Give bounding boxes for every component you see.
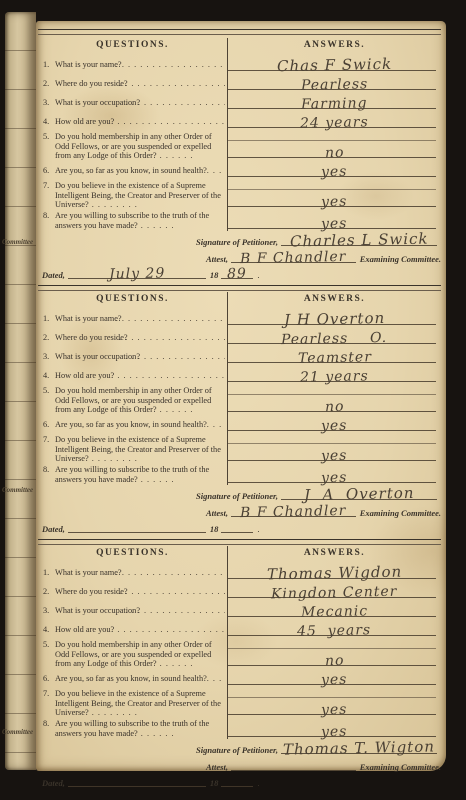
answer-cell: yes: [228, 433, 441, 463]
question-text: What is your name?: [55, 568, 116, 578]
dated-row: Dated, July 29 18 89 .: [38, 266, 441, 284]
handwritten-answer: yes: [321, 216, 348, 233]
question-number: 8.: [43, 719, 55, 739]
question-text: How old are you?: [55, 371, 111, 381]
question-number: 1.: [43, 314, 55, 324]
section-header: QUESTIONS. ANSWERS.: [38, 292, 441, 308]
dot-leader: . . . . . . . . . . . . . . . . . . . .: [116, 60, 225, 70]
handwritten-year: 89: [227, 266, 247, 282]
question-row-name: 1.What is your name? . . . . . . . . . .…: [38, 308, 441, 327]
answer-cell: yes: [228, 414, 441, 433]
answer-cell: no: [228, 638, 441, 668]
dot-leader: . . . . . . . . . . . . . . . . . . . .: [119, 587, 225, 597]
period-mark: .: [257, 778, 259, 790]
year-prefix: 18: [210, 270, 219, 282]
question-number: 8.: [43, 211, 55, 231]
question-text: Are you, so far as you know, in sound he…: [55, 674, 207, 684]
handwritten-answer: Farming: [301, 95, 368, 112]
question-number: 7.: [43, 181, 55, 209]
dot-leader: . . . . . .: [138, 729, 175, 738]
questions-heading: QUESTIONS.: [38, 546, 228, 562]
answer-cell: Kingdon Center: [228, 581, 441, 600]
answer-cell: 45 years: [228, 619, 441, 638]
answer-rule-line: [228, 394, 436, 395]
question-number: 2.: [43, 587, 55, 597]
handwritten-answer: Kingdon Center: [271, 584, 398, 603]
dot-leader: . . . . . . . . . . . . . . . . . . . .: [111, 117, 225, 127]
year-prefix: 18: [210, 778, 219, 790]
question-text: What is your occupation?: [55, 352, 126, 362]
answer-cell: no: [228, 130, 441, 160]
questions-heading: QUESTIONS.: [38, 292, 228, 308]
handwritten-answer: 24 years: [300, 114, 369, 131]
question-row-residence: 2.Where do you reside? . . . . . . . . .…: [38, 581, 441, 600]
petitioner-signature: Charles L Swick: [290, 230, 429, 251]
margin-note-committee: Committee: [2, 486, 36, 494]
question-row-supreme-being: 7.Do you believe in the existence of a S…: [38, 179, 441, 209]
answer-cell: yes: [228, 668, 441, 687]
question-row-membership: 5.Do you hold membership in any other Or…: [38, 384, 441, 414]
question-row-health: 6.Are you, so far as you know, in sound …: [38, 668, 441, 687]
dot-leader: . . . . . . . .: [89, 708, 138, 717]
dot-leader: . . . . . . . . . . . . . . . . . . . .: [111, 371, 225, 381]
handwritten-answer: Chas F Swick: [277, 55, 392, 75]
signature-line: J A Overton: [281, 482, 437, 500]
question-text: What is your occupation?: [55, 606, 126, 616]
dot-leader: . . . . . . . . . . . . . . . . . . . .: [119, 333, 225, 343]
dot-leader: . . .: [207, 420, 222, 430]
answer-rule-line: [228, 648, 436, 649]
handwritten-answer: Teamster: [297, 349, 371, 367]
answer-cell: 21 years: [228, 365, 441, 384]
question-row-occupation: 3.What is your occupation? . . . . . . .…: [38, 92, 441, 111]
dated-line: [68, 516, 206, 533]
handwritten-answer: 45 years: [297, 622, 371, 640]
question-number: 4.: [43, 625, 55, 635]
answer-cell: Teamster: [228, 346, 441, 365]
petition-sections: QUESTIONS. ANSWERS. 1.What is your name?…: [38, 38, 441, 792]
dot-leader: . . . . . .: [157, 659, 194, 668]
margin-note-committee: Committee: [2, 728, 36, 736]
question-text: What is your name?: [55, 314, 116, 324]
handwritten-answer: yes: [321, 724, 348, 741]
question-text: Do you hold membership in any other Orde…: [55, 132, 225, 160]
answer-cell: Pearless O.: [228, 327, 441, 346]
question-text: What is your name?: [55, 60, 116, 70]
dated-line: [68, 770, 206, 787]
dated-row: Dated, 18 .: [38, 520, 441, 538]
answer-cell: Thomas Wigdon: [228, 562, 441, 581]
question-number: 6.: [43, 166, 55, 176]
question-row-health: 6.Are you, so far as you know, in sound …: [38, 414, 441, 433]
period-mark: .: [257, 270, 259, 282]
question-row-name: 1.What is your name? . . . . . . . . . .…: [38, 562, 441, 581]
answer-cell: Chas F Swick: [228, 54, 441, 73]
question-row-membership: 5.Do you hold membership in any other Or…: [38, 638, 441, 668]
handwritten-answer: yes: [321, 164, 348, 181]
answer-rule-line: [228, 443, 436, 444]
handwritten-answer: yes: [321, 470, 348, 487]
attest-signature: B F Chandler: [240, 249, 347, 267]
handwritten-answer: yes: [321, 194, 348, 211]
handwritten-answer: no: [325, 145, 345, 161]
answer-cell: J H Overton: [228, 308, 441, 327]
question-number: 5.: [43, 640, 55, 668]
question-text: Are you willing to subscribe to the trut…: [55, 465, 225, 485]
dot-leader: . . . . . .: [138, 221, 175, 230]
question-text: How old are you?: [55, 117, 111, 127]
margin-note-committee: Committee: [2, 238, 36, 246]
question-text: Are you, so far as you know, in sound he…: [55, 420, 207, 430]
question-number: 3.: [43, 352, 55, 362]
question-number: 5.: [43, 132, 55, 160]
dated-row: Dated, 18 .: [38, 774, 441, 792]
question-number: 7.: [43, 689, 55, 717]
petitioner-signature: Thomas T. Wigton: [283, 737, 435, 758]
dot-leader: . . .: [207, 166, 222, 176]
handwritten-answer: yes: [321, 702, 348, 719]
question-number: 4.: [43, 371, 55, 381]
dot-leader: . . . . . . . . . . . . . . . . . . . .: [116, 314, 225, 324]
question-row-supreme-being: 7.Do you believe in the existence of a S…: [38, 433, 441, 463]
question-text: Do you believe in the existence of a Sup…: [55, 181, 225, 209]
question-row-age: 4.How old are you? . . . . . . . . . . .…: [38, 111, 441, 130]
question-number: 2.: [43, 79, 55, 89]
examining-committee-label: Examining Committee.: [360, 508, 441, 520]
period-mark: .: [257, 524, 259, 536]
signature-line: Charles L Swick: [281, 228, 437, 246]
question-text: Where do you reside?: [55, 587, 119, 597]
dot-leader: . . . . . .: [157, 151, 194, 160]
answer-cell: Mecanic: [228, 600, 441, 619]
dated-label: Dated,: [42, 778, 65, 790]
handwritten-answer: yes: [321, 672, 348, 689]
dot-leader: . . . . . . . . . . . . . . . . . . . .: [126, 352, 225, 362]
answer-cell: no: [228, 384, 441, 414]
attest-signature: B F Chandler: [240, 503, 347, 521]
dot-leader: . . . . . . . . . . . . . . . . . . . .: [126, 606, 225, 616]
dot-leader: . . . . . .: [157, 405, 194, 414]
question-row-membership: 5.Do you hold membership in any other Or…: [38, 130, 441, 160]
examining-committee-label: Examining Committee.: [360, 762, 441, 774]
dot-leader: . . . . . .: [138, 475, 175, 484]
handwritten-answer: yes: [321, 448, 348, 465]
section-header: QUESTIONS. ANSWERS.: [38, 546, 441, 562]
question-text: Are you willing to subscribe to the trut…: [55, 719, 225, 739]
year-prefix: 18: [210, 524, 219, 536]
question-number: 7.: [43, 435, 55, 463]
question-number: 3.: [43, 606, 55, 616]
question-number: 6.: [43, 674, 55, 684]
dot-leader: . . . . . . . . . . . . . . . . . . . .: [116, 568, 225, 578]
question-row-age: 4.How old are you? . . . . . . . . . . .…: [38, 619, 441, 638]
dot-leader: . . . . . . . .: [89, 454, 138, 463]
petition-section: QUESTIONS. ANSWERS. 1.What is your name?…: [38, 38, 441, 284]
answers-heading: ANSWERS.: [228, 38, 441, 54]
answer-rule-line: [228, 697, 436, 698]
handwritten-answer: 21 years: [300, 368, 369, 385]
examining-committee-label: Examining Committee.: [360, 254, 441, 266]
question-number: 8.: [43, 465, 55, 485]
dot-leader: . . . . . . . .: [89, 200, 138, 209]
petition-section: QUESTIONS. ANSWERS. 1.What is your name?…: [38, 546, 441, 792]
dated-line: July 29: [68, 262, 206, 279]
question-number: 1.: [43, 60, 55, 70]
question-text: Where do you reside?: [55, 333, 119, 343]
section-divider: [38, 539, 441, 545]
question-text: Do you believe in the existence of a Sup…: [55, 435, 225, 463]
handwritten-answer: no: [325, 399, 345, 415]
dated-label: Dated,: [42, 524, 65, 536]
year-line: [221, 770, 253, 787]
answer-cell: 24 years: [228, 111, 441, 130]
question-text: Are you, so far as you know, in sound he…: [55, 166, 207, 176]
dot-leader: . . . . . . . . . . . . . . . . . . . .: [119, 79, 225, 89]
petition-section: QUESTIONS. ANSWERS. 1.What is your name?…: [38, 292, 441, 538]
handwritten-answer: yes: [321, 418, 348, 435]
section-divider: [38, 285, 441, 291]
handwritten-answer: no: [325, 653, 345, 669]
question-row-name: 1.What is your name? . . . . . . . . . .…: [38, 54, 441, 73]
petitioner-signature: J A Overton: [304, 484, 415, 504]
page-top-rule: [38, 29, 441, 35]
question-text: Where do you reside?: [55, 79, 119, 89]
answer-rule-line: [228, 189, 436, 190]
question-number: 5.: [43, 386, 55, 414]
answer-cell: Farming: [228, 92, 441, 111]
answer-cell: yes: [228, 687, 441, 717]
question-row-supreme-being: 7.Do you believe in the existence of a S…: [38, 687, 441, 717]
question-number: 6.: [43, 420, 55, 430]
handwritten-answer: J H Overton: [284, 309, 386, 329]
question-row-occupation: 3.What is your occupation? . . . . . . .…: [38, 346, 441, 365]
dot-leader: . . . . . . . . . . . . . . . . . . . .: [111, 625, 225, 635]
answer-cell: yes: [228, 160, 441, 179]
question-row-age: 4.How old are you? . . . . . . . . . . .…: [38, 365, 441, 384]
section-header: QUESTIONS. ANSWERS.: [38, 38, 441, 54]
handwritten-answer: Pearless: [301, 76, 369, 93]
handwritten-answer: Pearless O.: [281, 330, 387, 348]
handwritten-date: July 29: [109, 265, 166, 282]
question-row-residence: 2.Where do you reside? . . . . . . . . .…: [38, 327, 441, 346]
dot-leader: . . . . . . . . . . . . . . . . . . . .: [126, 98, 225, 108]
answers-heading: ANSWERS.: [228, 292, 441, 308]
question-text: What is your occupation?: [55, 98, 126, 108]
handwritten-answer: Thomas Wigdon: [267, 563, 403, 584]
questions-heading: QUESTIONS.: [38, 38, 228, 54]
question-number: 2.: [43, 333, 55, 343]
question-number: 1.: [43, 568, 55, 578]
question-text: Do you believe in the existence of a Sup…: [55, 689, 225, 717]
question-row-residence: 2.Where do you reside? . . . . . . . . .…: [38, 73, 441, 92]
question-text: Are you willing to subscribe to the trut…: [55, 211, 225, 231]
question-row-health: 6.Are you, so far as you know, in sound …: [38, 160, 441, 179]
signature-line: Thomas T. Wigton: [281, 736, 437, 754]
dated-label: Dated,: [42, 270, 65, 282]
answer-cell: Pearless: [228, 73, 441, 92]
ledger-page: QUESTIONS. ANSWERS. 1.What is your name?…: [36, 21, 446, 771]
previous-page-edge: [5, 12, 36, 770]
question-text: Do you hold membership in any other Orde…: [55, 386, 225, 414]
question-row-occupation: 3.What is your occupation? . . . . . . .…: [38, 600, 441, 619]
question-text: Do you hold membership in any other Orde…: [55, 640, 225, 668]
answer-cell: yes: [228, 179, 441, 209]
question-number: 3.: [43, 98, 55, 108]
answers-heading: ANSWERS.: [228, 546, 441, 562]
question-number: 4.: [43, 117, 55, 127]
question-text: How old are you?: [55, 625, 111, 635]
dot-leader: . . .: [207, 674, 222, 684]
answer-rule-line: [228, 140, 436, 141]
handwritten-answer: Mecanic: [301, 603, 368, 620]
